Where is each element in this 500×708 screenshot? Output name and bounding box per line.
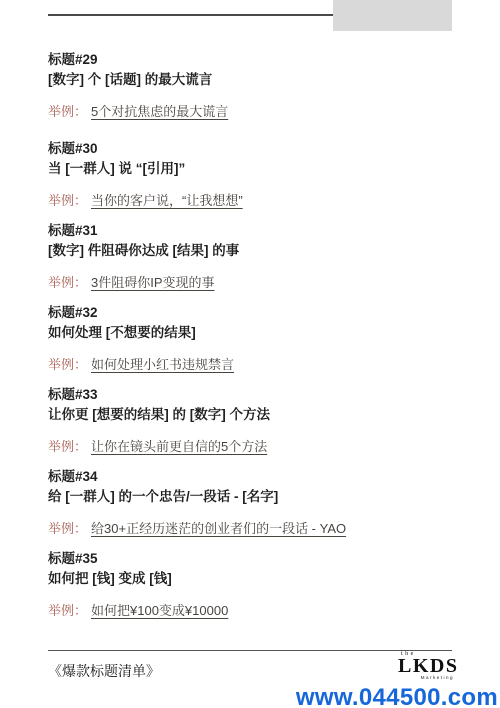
booklet-title: 《爆款标题清单》 (48, 661, 160, 681)
example-label: 举例： (48, 104, 87, 119)
title-template-text: 让你更 [想要的结果] 的 [数字] 个方法 (48, 405, 460, 425)
section-heading: 标题#34 (48, 467, 460, 487)
example-label: 举例： (48, 521, 87, 536)
section-heading: 标题#31 (48, 221, 460, 241)
title-template-text: 给 [一群人] 的一个忠告/一段话 - [名字] (48, 487, 460, 507)
section-heading: 标题#29 (48, 50, 460, 70)
title-section-34: 标题#34 给 [一群人] 的一个忠告/一段话 - [名字] 举例：给30+正经… (48, 467, 460, 537)
example-row: 举例：当你的客户说，“让我想想” (48, 192, 460, 209)
title-section-31: 标题#31 [数字] 件阻碍你达成 [结果] 的事 举例：3件阻碍你IP变现的事 (48, 221, 460, 291)
title-section-30: 标题#30 当 [一群人] 说 “[引用]” 举例：当你的客户说，“让我想想” (48, 139, 460, 209)
title-template-text: 如何处理 [不想要的结果] (48, 323, 460, 343)
document-page: 标题#29 [数字] 个 [话题] 的最大谎言 举例：5个对抗焦虑的最大谎言 标… (0, 0, 500, 708)
example-link[interactable]: 5个对抗焦虑的最大谎言 (91, 104, 228, 119)
title-section-29: 标题#29 [数字] 个 [话题] 的最大谎言 举例：5个对抗焦虑的最大谎言 (48, 50, 460, 120)
brand-logo: the LKDS Marketing (398, 651, 454, 680)
example-row: 举例：如何处理小红书违规禁言 (48, 356, 460, 373)
example-link[interactable]: 如何处理小红书违规禁言 (91, 357, 234, 372)
title-template-text: 当 [一群人] 说 “[引用]” (48, 159, 460, 179)
example-row: 举例：5个对抗焦虑的最大谎言 (48, 103, 460, 120)
title-template-text: [数字] 件阻碍你达成 [结果] 的事 (48, 241, 460, 261)
example-row: 举例：如何把¥100变成¥10000 (48, 602, 460, 619)
example-link[interactable]: 如何把¥100变成¥10000 (91, 603, 228, 618)
example-label: 举例： (48, 193, 87, 208)
example-row: 举例：3件阻碍你IP变现的事 (48, 274, 460, 291)
section-heading: 标题#35 (48, 549, 460, 569)
top-right-gray-box (333, 0, 452, 31)
example-link[interactable]: 当你的客户说，“让我想想” (91, 193, 243, 208)
example-link[interactable]: 3件阻碍你IP变现的事 (91, 275, 215, 290)
site-watermark: www.044500.com (296, 684, 498, 708)
title-section-33: 标题#33 让你更 [想要的结果] 的 [数字] 个方法 举例：让你在镜头前更自… (48, 385, 460, 455)
title-list: 标题#29 [数字] 个 [话题] 的最大谎言 举例：5个对抗焦虑的最大谎言 标… (48, 50, 460, 631)
example-label: 举例： (48, 603, 87, 618)
example-label: 举例： (48, 275, 87, 290)
section-heading: 标题#33 (48, 385, 460, 405)
title-template-text: 如何把 [钱] 变成 [钱] (48, 569, 460, 589)
example-row: 举例：让你在镜头前更自信的5个方法 (48, 438, 460, 455)
example-link[interactable]: 给30+正经历迷茫的创业者们的一段话 - YAO (91, 521, 346, 536)
example-row: 举例：给30+正经历迷茫的创业者们的一段话 - YAO (48, 520, 460, 537)
footer-divider-rule (48, 650, 452, 651)
section-heading: 标题#32 (48, 303, 460, 323)
title-section-35: 标题#35 如何把 [钱] 变成 [钱] 举例：如何把¥100变成¥10000 (48, 549, 460, 619)
top-divider-rule (48, 14, 333, 16)
example-link[interactable]: 让你在镜头前更自信的5个方法 (91, 439, 267, 454)
title-section-32: 标题#32 如何处理 [不想要的结果] 举例：如何处理小红书违规禁言 (48, 303, 460, 373)
example-label: 举例： (48, 357, 87, 372)
section-heading: 标题#30 (48, 139, 460, 159)
example-label: 举例： (48, 439, 87, 454)
brand-logo-name: LKDS (398, 657, 454, 675)
title-template-text: [数字] 个 [话题] 的最大谎言 (48, 70, 460, 90)
